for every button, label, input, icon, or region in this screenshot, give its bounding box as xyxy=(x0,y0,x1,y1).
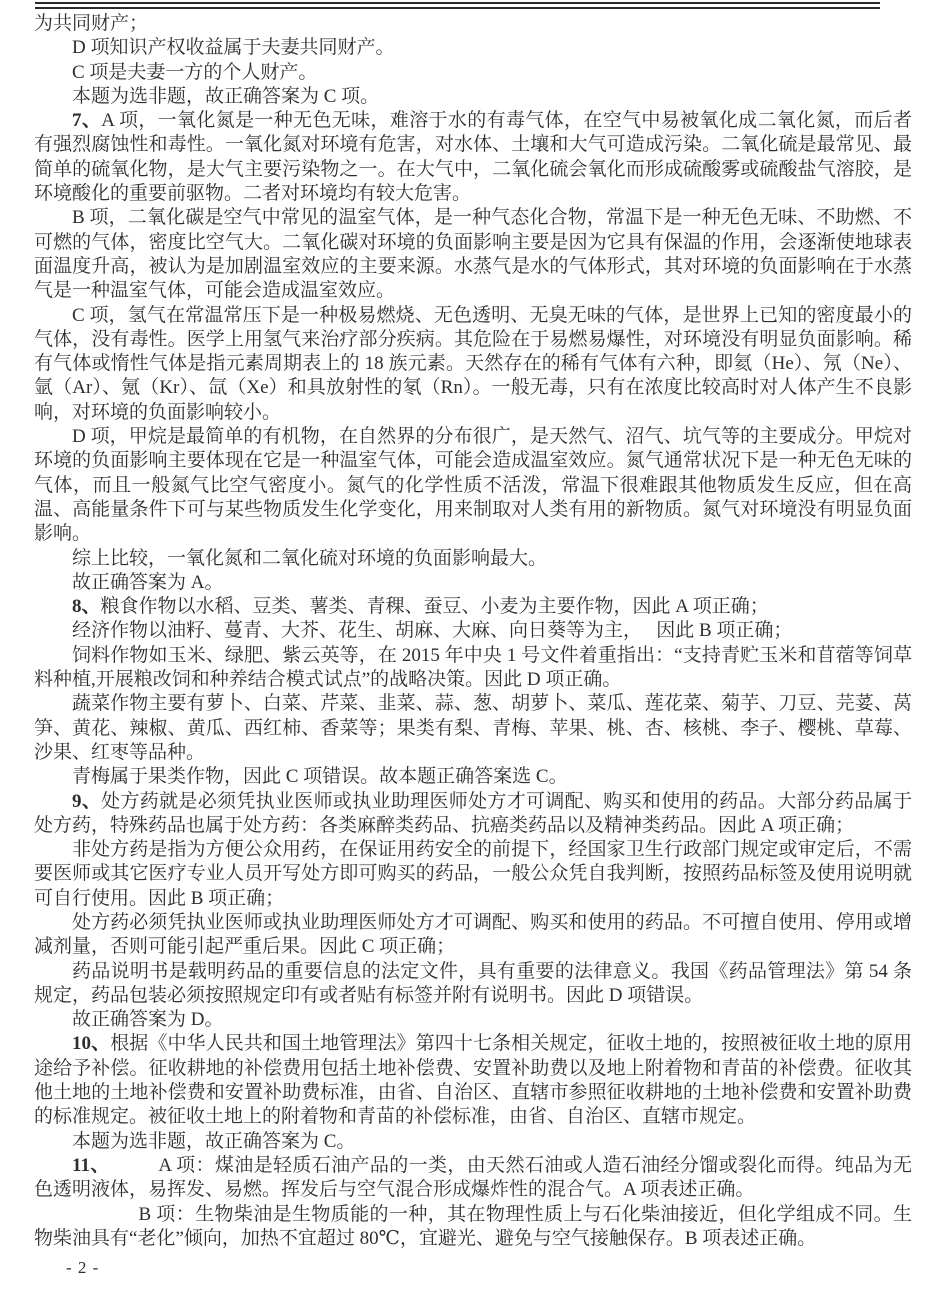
paragraph: 蔬菜作物主要有萝卜、白菜、芹菜、韭菜、蒜、葱、胡萝卜、菜瓜、莲花菜、菊芋、刀豆、… xyxy=(34,692,912,765)
paragraph: D 项，甲烷是最简单的有机物，在自然界的分布很广，是天然气、沼气、坑气等的主要成… xyxy=(34,425,912,546)
paragraph: 故正确答案为 A。 xyxy=(34,571,912,595)
paragraph: C 项是夫妻一方的个人财产。 xyxy=(34,61,912,85)
paragraph: 8、粮食作物以水稻、豆类、薯类、青稞、蚕豆、小麦为主要作物，因此 A 项正确； xyxy=(34,595,912,619)
paragraph: 药品说明书是载明药品的重要信息的法定文件，具有重要的法律意义。我国《药品管理法》… xyxy=(34,960,912,1009)
page-number: - 2 - xyxy=(66,1258,99,1278)
paragraph: 本题为选非题，故正确答案为 C 项。 xyxy=(34,85,912,109)
question-number: 9、 xyxy=(72,791,101,812)
tab-space xyxy=(100,1155,158,1176)
paragraph: C 项，氢气在常温常压下是一种极易燃烧、无色透明、无臭无味的气体，是世界上已知的… xyxy=(34,304,912,425)
paragraph: B 项：生物柴油是生物质能的一种，其在物理性质上与石化柴油接近，但化学组成不同。… xyxy=(34,1203,912,1252)
document-body: 为共同财产；D 项知识产权收益属于夫妻共同财产。C 项是夫妻一方的个人财产。本题… xyxy=(34,12,912,1251)
paragraph: D 项知识产权收益属于夫妻共同财产。 xyxy=(34,36,912,60)
paragraph: 9、处方药就是必须凭执业医师或执业助理医师处方才可调配、购买和使用的药品。大部分… xyxy=(34,790,912,839)
paragraph: 11、 A 项：煤油是轻质石油产品的一类，由天然石油或人造石油经分馏或裂化而得。… xyxy=(34,1154,912,1203)
document-page: 为共同财产；D 项知识产权收益属于夫妻共同财产。C 项是夫妻一方的个人财产。本题… xyxy=(0,0,950,1303)
header-rule xyxy=(35,2,880,9)
paragraph: 10、根据《中华人民共和国土地管理法》第四十七条相关规定，征收土地的，按照被征收… xyxy=(34,1032,912,1129)
question-number: 11、 xyxy=(72,1155,100,1176)
paragraph: B 项，二氧化碳是空气中常见的温室气体，是一种气态化合物，常温下是一种无色无味、… xyxy=(34,206,912,303)
paragraph: 饲料作物如玉米、绿肥、紫云英等，在 2015 年中央 1 号文件着重指出：“支持… xyxy=(34,644,912,693)
paragraph: 非处方药是指为方便公众用药，在保证用药安全的前提下，经国家卫生行政部门规定或审定… xyxy=(34,838,912,911)
question-number: 7、 xyxy=(72,110,101,131)
question-number: 8、 xyxy=(72,596,101,617)
paragraph: 经济作物以油籽、蔓青、大芥、花生、胡麻、大麻、向日葵等为主， 因此 B 项正确； xyxy=(34,619,912,643)
paragraph: 处方药必须凭执业医师或执业助理医师处方才可调配、购买和使用的药品。不可擅自使用、… xyxy=(34,911,912,960)
paragraph: 本题为选非题，故正确答案为 C。 xyxy=(34,1130,912,1154)
paragraph: 故正确答案为 D。 xyxy=(34,1008,912,1032)
paragraph: 7、A 项，一氧化氮是一种无色无味，难溶于水的有毒气体，在空气中易被氧化成二氧化… xyxy=(34,109,912,206)
paragraph: 青梅属于果类作物，因此 C 项错误。故本题正确答案选 C。 xyxy=(34,765,912,789)
question-number: 10、 xyxy=(72,1033,110,1054)
paragraph: 为共同财产； xyxy=(34,12,912,36)
paragraph: 综上比较，一氧化氮和二氧化硫对环境的负面影响最大。 xyxy=(34,547,912,571)
